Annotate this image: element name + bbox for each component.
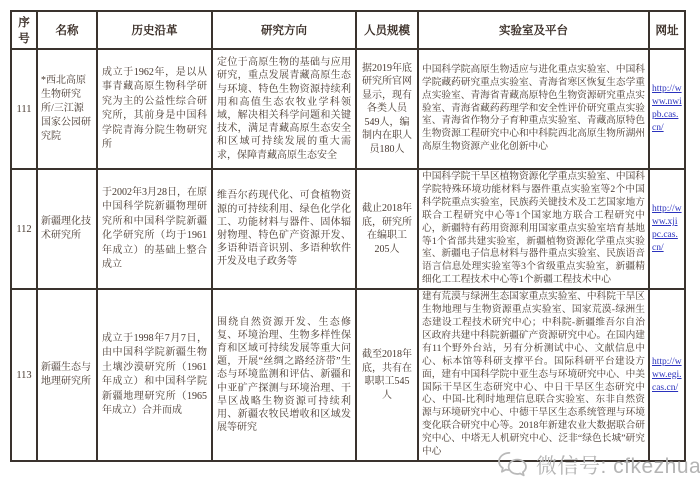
cell-labs-platforms: 中国科学院干旱区植物资源化学重点实验室、中国科学院特殊环境功能材料与器件重点实验… xyxy=(418,169,649,289)
institutes-table: 序号 名称 历史沿革 研究方向 人员规模 实验室及平台 网址 111 *西北高原… xyxy=(10,10,686,462)
cell-no: 112 xyxy=(11,169,37,289)
website-link[interactable]: http://www.xjipc.cas.cn/ xyxy=(652,204,682,253)
cell-history: 成立于1998年7月7日，由中国科学院新疆生物土壤沙漠研究所（1961年成立）和… xyxy=(97,289,212,461)
col-header-no: 序号 xyxy=(11,11,37,49)
website-link[interactable]: http://www.nwipb.cas.cn/ xyxy=(652,84,682,133)
cell-institute-name: 新疆生态与地理研究所 xyxy=(37,289,97,461)
col-header-direction: 研究方向 xyxy=(212,11,356,49)
cell-website: http://www.nwipb.cas.cn/ xyxy=(649,49,685,169)
col-header-history: 历史沿革 xyxy=(97,11,212,49)
cell-labs-platforms: 中国科学院高原生物适应与进化重点实验室、中国科学院藏药研究重点实验室、青海省寒区… xyxy=(418,49,649,169)
col-header-name: 名称 xyxy=(37,11,97,49)
table-row: 112 新疆理化技术研究所 于2002年3月28日，在原中国科学院新疆物理研究所… xyxy=(11,169,685,289)
cell-labs-platforms: 建有荒漠与绿洲生态国家重点实验室、中科院干旱区生物地理与生物资源重点实验室、国家… xyxy=(418,289,649,461)
cell-institute-name: 新疆理化技术研究所 xyxy=(37,169,97,289)
wechat-footer: 微信号: cfkezhuan xyxy=(497,450,700,480)
cell-website: http://www.xjipc.cas.cn/ xyxy=(649,169,685,289)
col-header-staff: 人员规模 xyxy=(356,11,418,49)
table-header-row: 序号 名称 历史沿革 研究方向 人员规模 实验室及平台 网址 xyxy=(11,11,685,49)
cell-no: 111 xyxy=(11,49,37,169)
cell-history: 于2002年3月28日，在原中国科学院新疆物理研究所和中国科学院新疆化学研究所（… xyxy=(97,169,212,289)
cell-no: 113 xyxy=(11,289,37,461)
cell-research-direction: 围绕自然资源开发、生态修复、环境治理、生物多样性保育和区域可持续发展等重大问题，… xyxy=(212,289,356,461)
cell-website: http://www.egi.cas.cn/ xyxy=(649,289,685,461)
col-header-url: 网址 xyxy=(649,11,685,49)
cell-institute-name: *西北高原生物研究所/三江源国家公园研究院 xyxy=(37,49,97,169)
table-row: 111 *西北高原生物研究所/三江源国家公园研究院 成立于1962年，是以从事青… xyxy=(11,49,685,169)
cell-history: 成立于1962年，是以从事青藏高原生物科学研究为主的公益性综合研究所，其前身是中… xyxy=(97,49,212,169)
document-page: 序号 名称 历史沿革 研究方向 人员规模 实验室及平台 网址 111 *西北高原… xyxy=(0,0,700,494)
cell-research-direction: 定位于高原生物的基础与应用研究，重点发展青藏高原生态与环境、特色生物资源持续利用… xyxy=(212,49,356,169)
cell-staff-size: 截止2018年底，研究所在编职工205人 xyxy=(356,169,418,289)
cell-staff-size: 截至2018年底，共有在职职工545人 xyxy=(356,289,418,461)
cell-research-direction: 维吾尔药现代化、可食植物资源的可持续利用、绿色化学化工、功能材料与器件、固体辐射… xyxy=(212,169,356,289)
cell-staff-size: 据2019年底研究所官网显示，现有各类人员549人，编制内在职人员180人 xyxy=(356,49,418,169)
table-row: 113 新疆生态与地理研究所 成立于1998年7月7日，由中国科学院新疆生物土壤… xyxy=(11,289,685,461)
website-link[interactable]: http://www.egi.cas.cn/ xyxy=(652,357,682,393)
col-header-labs: 实验室及平台 xyxy=(418,11,649,49)
wechat-id-label: 微信号: cfkezhuan xyxy=(536,450,700,480)
wechat-icon xyxy=(497,451,529,479)
